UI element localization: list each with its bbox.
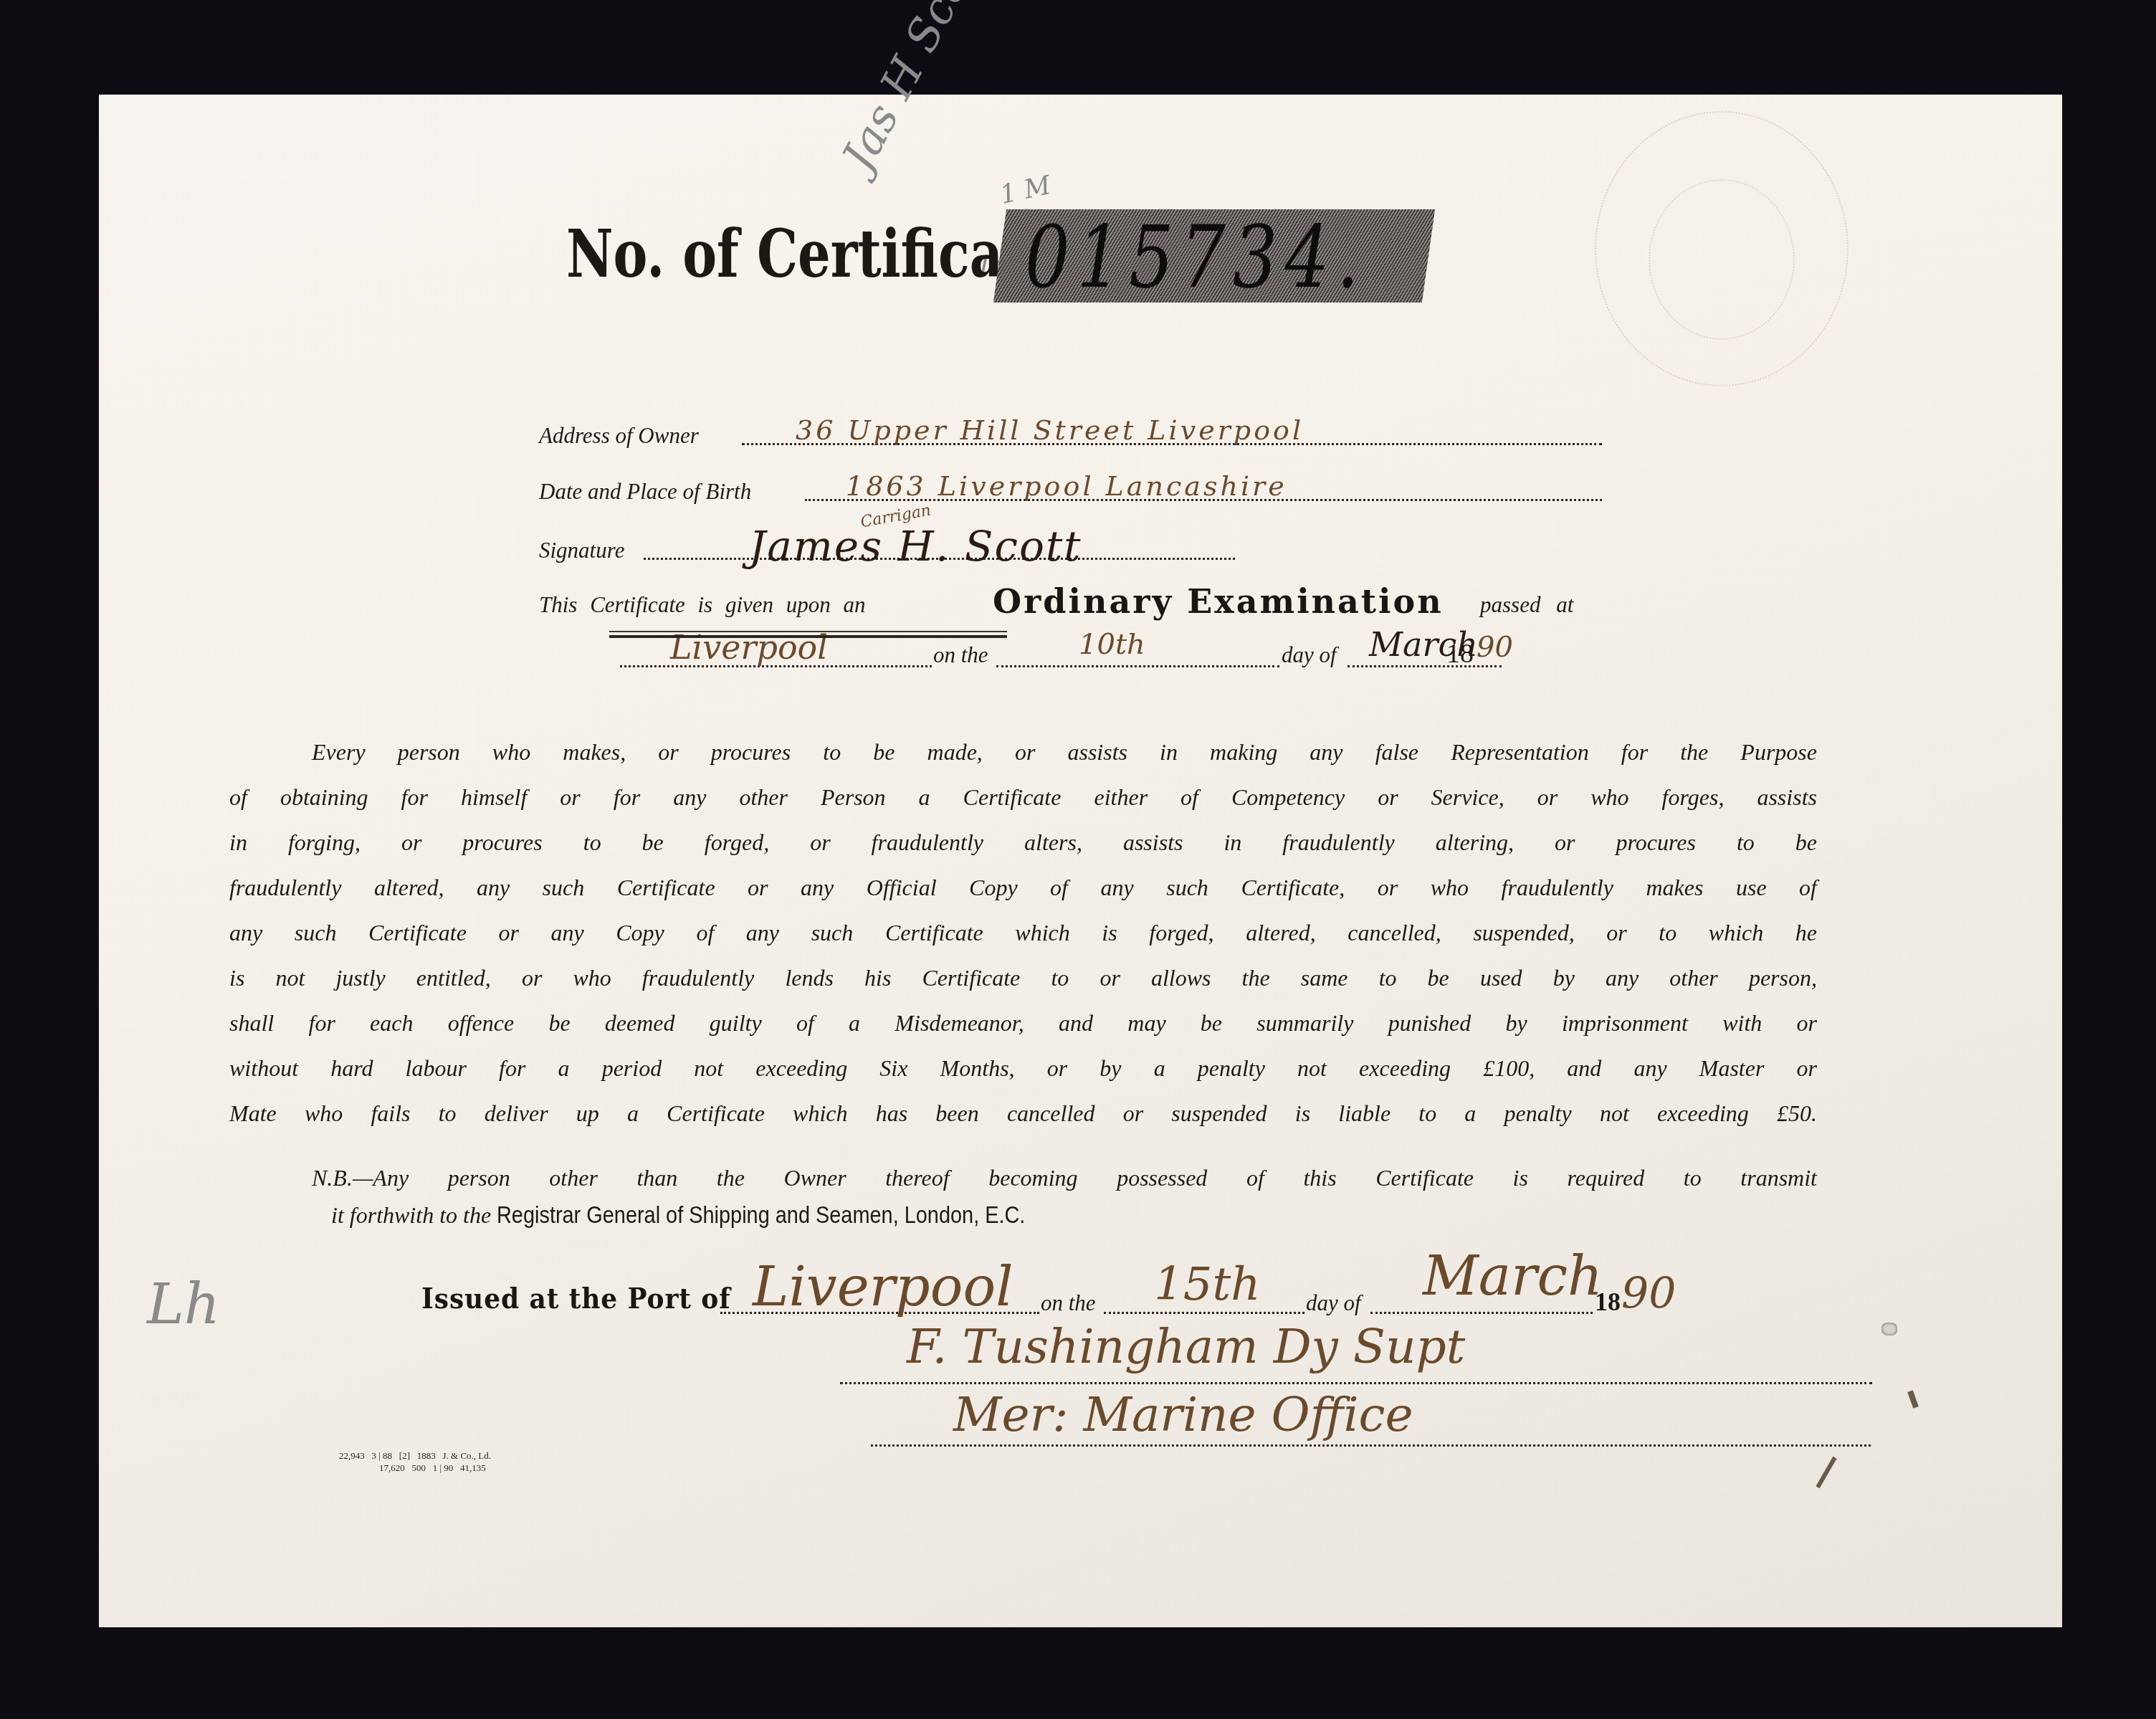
warning-line: Every person who makes, or procures to b… <box>229 730 1817 775</box>
nb-line-2-italic: it forthwith to the <box>331 1202 491 1228</box>
issued-month: March <box>1423 1244 1603 1308</box>
warning-line: without hard labour for a period not exc… <box>229 1046 1817 1091</box>
nb-line-2: it forthwith to the Registrar General of… <box>331 1201 1119 1229</box>
warning-line: fraudulently altered, any such Certifica… <box>229 865 1817 910</box>
issued-day-of-label: day of <box>1306 1290 1361 1316</box>
birth-value: 1863 Liverpool Lancashire <box>846 470 1287 502</box>
signatory-dotted-line <box>840 1382 1872 1384</box>
exam-text-before: This Certificate is given upon an <box>539 592 866 618</box>
exam-on-the-label: on the <box>933 642 988 668</box>
nb-paragraph: N.B.—Any person other than the Owner the… <box>229 1156 1817 1201</box>
exam-text-after: passed at <box>1480 592 1573 618</box>
issued-day: 15th <box>1154 1258 1260 1311</box>
office-dotted-line <box>871 1444 1871 1447</box>
issued-month-dots <box>1370 1312 1593 1314</box>
divider-rule-thick <box>609 635 1007 638</box>
printer-imprint-line-1: 22,943 3 | 88 [2] 1883 J. & Co., Ld. <box>339 1449 491 1462</box>
issued-year-prefix: 18 <box>1595 1287 1621 1317</box>
warning-line: Mate who fails to deliver up a Certifica… <box>229 1091 1817 1136</box>
registrar-address: Registrar General of Shipping and Seamen… <box>497 1201 1025 1229</box>
exam-month-dots <box>1347 665 1502 667</box>
warning-line: in forging, or procures to be forged, or… <box>229 820 1817 865</box>
embossed-seal-inner <box>1649 179 1795 340</box>
signature-label: Signature <box>539 538 624 563</box>
warning-line: is not justly entitled, or who fraudulen… <box>229 956 1817 1001</box>
exam-place: Liverpool <box>670 628 828 667</box>
warning-paragraph: Every person who makes, or procures to b… <box>229 730 1817 1136</box>
exam-type: Ordinary Examination <box>993 582 1444 621</box>
printer-imprint-line-2: 17,620 500 1 | 90 41,135 <box>339 1462 491 1474</box>
nb-line-1: N.B.—Any person other than the Owner the… <box>229 1156 1817 1201</box>
issued-year-suffix: 90 <box>1621 1269 1676 1319</box>
warning-line: shall for each offence be deemed guilty … <box>229 1001 1817 1046</box>
owner-signature: James H. Scott <box>749 522 1082 571</box>
pencil-initials: Lh <box>147 1272 220 1337</box>
exam-day-dots <box>996 665 1279 667</box>
warning-line: any such Certificate or any Copy of any … <box>229 910 1817 956</box>
pin-hole-mark <box>1881 1323 1897 1335</box>
birth-label: Date and Place of Birth <box>539 479 751 505</box>
official-signature: F. Tushingham Dy Supt <box>907 1319 1465 1374</box>
office-name: Mer: Marine Office <box>953 1387 1413 1442</box>
divider-rule-thin <box>609 631 1007 632</box>
printer-imprint: 22,943 3 | 88 [2] 1883 J. & Co., Ld. 17,… <box>339 1449 491 1474</box>
issued-day-dots <box>1104 1312 1304 1314</box>
exam-year-suffix: 90 <box>1477 631 1513 664</box>
address-value: 36 Upper Hill Street Liverpool <box>796 414 1304 446</box>
warning-line: of obtaining for himself or for any othe… <box>229 775 1817 820</box>
certificate-title: No. of Certificate <box>566 215 1059 292</box>
issued-label: Issued at the Port of <box>421 1282 731 1315</box>
certificate-number: 015734. <box>1025 208 1366 308</box>
exam-day: 10th <box>1079 628 1145 661</box>
address-label: Address of Owner <box>539 423 699 449</box>
issued-on-the-label: on the <box>1041 1290 1096 1316</box>
exam-day-of-label: day of <box>1282 642 1337 668</box>
exam-year-prefix: 18 <box>1446 638 1474 670</box>
issued-port: Liverpool <box>753 1254 1013 1318</box>
